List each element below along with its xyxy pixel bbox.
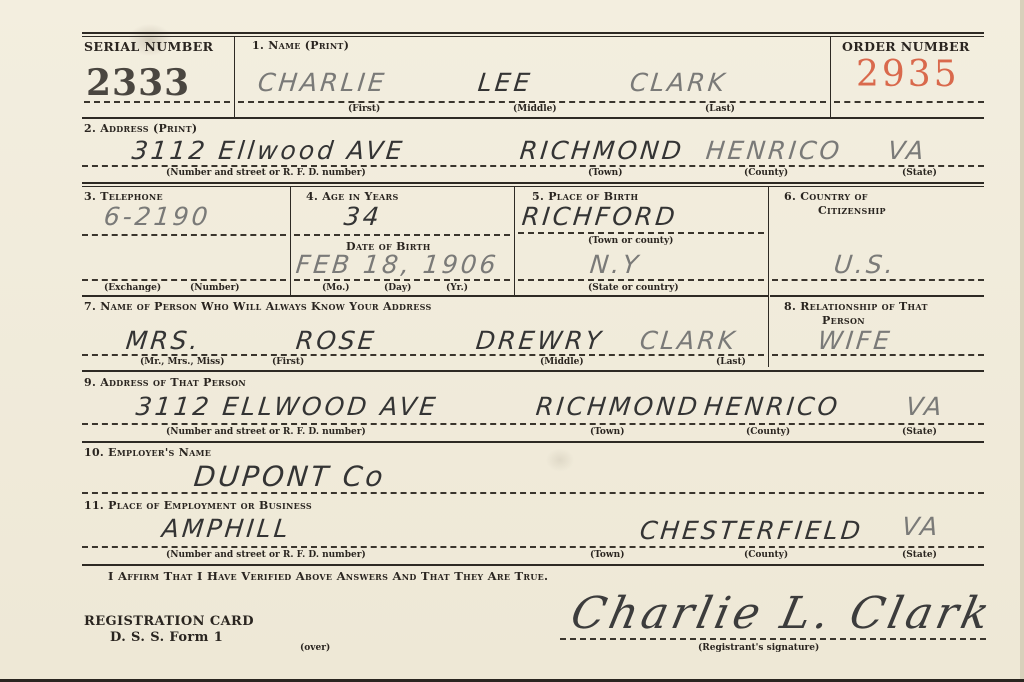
- dob-underline: [294, 279, 510, 281]
- citizenship-underline: [772, 279, 984, 281]
- card-title: REGISTRATION CARD: [84, 614, 254, 629]
- dob-sub-year: (Yr.): [446, 283, 468, 293]
- birthplace-town-underline: [518, 232, 764, 234]
- employer-label: 10. Employer's Name: [84, 446, 211, 459]
- birthplace-sub-state: (State or country): [588, 283, 679, 293]
- contact-address-town: RICHMOND: [534, 392, 701, 421]
- over-note: (over): [300, 643, 330, 653]
- signature-underline: [560, 638, 986, 640]
- rule: [82, 117, 984, 119]
- age-value: 34: [342, 202, 383, 231]
- citizenship-value: U.S.: [832, 250, 897, 279]
- employer-value: DUPONT Co: [192, 460, 387, 493]
- divider: [830, 37, 831, 117]
- divider: [768, 187, 769, 367]
- address-town: RICHMOND: [518, 136, 685, 165]
- address-sub-county: (County): [744, 168, 788, 178]
- name-middle: LEE: [476, 68, 534, 97]
- dob-value: FEB 18, 1906: [294, 250, 500, 279]
- birthplace-town: RICHFORD: [520, 202, 679, 231]
- name-first: CHARLIE: [256, 68, 388, 97]
- telephone-underline: [82, 234, 286, 236]
- form-number: D. S. S. Form 1: [110, 630, 223, 645]
- relationship-underline: [772, 354, 984, 356]
- name-sub-middle: (Middle): [513, 104, 557, 114]
- serial-underline: [84, 101, 230, 103]
- order-number-label: ORDER NUMBER: [842, 39, 970, 54]
- contact-label: 7. Name of Person Who Will Always Know Y…: [84, 300, 432, 313]
- birthplace-sub-town: (Town or county): [588, 236, 673, 246]
- employment-street: AMPHILL: [160, 514, 292, 543]
- rule: [770, 295, 984, 297]
- contact-address-sub-state: (State): [902, 427, 937, 437]
- registration-card: SERIAL NUMBER 2333 1. Name (Print) CHARL…: [0, 0, 1024, 682]
- age-underline: [294, 234, 510, 236]
- address-sub-state: (State): [902, 168, 937, 178]
- telephone-underline-2: [82, 279, 286, 281]
- divider: [234, 37, 235, 117]
- order-underline: [834, 101, 984, 103]
- rule: [82, 370, 984, 372]
- employer-underline: [82, 492, 984, 494]
- name-sub-first: (First): [348, 104, 380, 114]
- divider: [290, 187, 291, 295]
- order-number-value: 2935: [856, 54, 960, 95]
- address-underline: [82, 165, 984, 167]
- name-last: CLARK: [628, 68, 728, 97]
- rule: [82, 295, 768, 297]
- affirmation-text: I Affirm That I Have Verified Above Answ…: [108, 569, 548, 583]
- rule: [82, 564, 984, 566]
- telephone-sub-exchange: (Exchange): [104, 283, 161, 293]
- employment-sub-town: (Town): [590, 550, 624, 560]
- employment-underline: [82, 546, 984, 548]
- telephone-sub-number: (Number): [190, 283, 240, 293]
- name-label: 1. Name (Print): [252, 39, 349, 52]
- name-sub-last: (Last): [705, 104, 735, 114]
- relationship-value: WIFE: [816, 326, 893, 355]
- contact-address-state: VA: [904, 392, 946, 421]
- contact-underline: [82, 354, 764, 356]
- contact-address-county: HENRICO: [702, 392, 841, 421]
- contact-sub-last: (Last): [716, 357, 746, 367]
- birthplace-state-underline: [518, 279, 764, 281]
- divider: [514, 187, 515, 295]
- rule-inner: [82, 186, 984, 187]
- contact-address-label: 9. Address of That Person: [84, 376, 246, 389]
- name-underline: [238, 101, 826, 103]
- employment-sub-street: (Number and street or R. F. D. number): [166, 550, 366, 560]
- contact-address-street: 3112 ELLWOOD AVE: [134, 392, 439, 421]
- dob-sub-month: (Mo.): [322, 283, 349, 293]
- contact-middle: DREWRY: [474, 326, 605, 355]
- contact-title: MRS.: [124, 326, 202, 355]
- address-sub-street: (Number and street or R. F. D. number): [166, 168, 366, 178]
- address-sub-town: (Town): [588, 168, 622, 178]
- serial-number-label: SERIAL NUMBER: [84, 39, 213, 54]
- citizenship-label-line1: 6. Country of: [784, 190, 868, 203]
- registrant-signature: Charlie L. Clark: [567, 588, 998, 639]
- address-state: VA: [886, 136, 928, 165]
- relationship-label-line1: 8. Relationship of That: [784, 300, 928, 313]
- address-street: 3112 Ellwood AVE: [130, 136, 406, 165]
- address-label: 2. Address (Print): [84, 122, 197, 135]
- rule: [82, 182, 984, 184]
- birthplace-state: N.Y: [588, 250, 642, 279]
- telephone-value: 6-2190: [102, 202, 212, 231]
- employment-sub-county: (County): [744, 550, 788, 560]
- dob-sub-day: (Day): [384, 283, 411, 293]
- contact-sub-middle: (Middle): [540, 357, 584, 367]
- citizenship-label-line2: Citizenship: [818, 204, 886, 217]
- employment-place-label: 11. Place of Employment or Business: [84, 499, 312, 512]
- contact-address-sub-town: (Town): [590, 427, 624, 437]
- address-county: HENRICO: [704, 136, 843, 165]
- contact-sub-title: (Mr., Mrs., Miss): [140, 357, 224, 367]
- contact-address-sub-county: (County): [746, 427, 790, 437]
- rule: [82, 441, 984, 443]
- employment-sub-state: (State): [902, 550, 937, 560]
- contact-last: CLARK: [638, 326, 738, 355]
- top-rule-inner: [82, 36, 984, 37]
- top-rule: [82, 32, 984, 34]
- card-edge: [1020, 0, 1024, 682]
- employment-state: VA: [900, 512, 942, 541]
- serial-number-value: 2333: [86, 62, 190, 104]
- contact-address-underline: [82, 423, 984, 425]
- contact-sub-first: (First): [272, 357, 304, 367]
- employment-county: CHESTERFIELD: [638, 516, 864, 545]
- contact-first: ROSE: [294, 326, 378, 355]
- contact-address-sub-street: (Number and street or R. F. D. number): [166, 427, 366, 437]
- signature-label: (Registrant's signature): [698, 643, 819, 653]
